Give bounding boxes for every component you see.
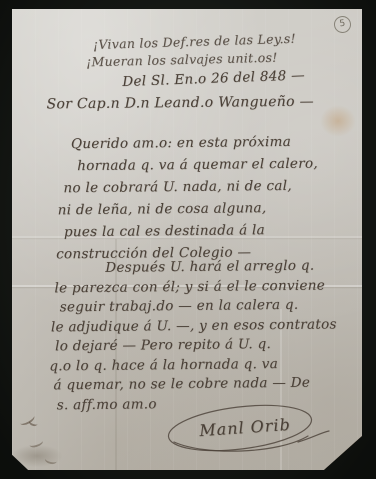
body-paragraph-1: Querido am.o: en esta próxima hornada q.… — [11, 133, 356, 269]
body-line: Después U. hará el arreglo q. — [105, 257, 356, 279]
scan-background: 5 ¡Vivan los Def.res de las Ley.s! ¡Muer… — [0, 0, 376, 479]
body-line: Querido am.o: en esta próxima — [71, 133, 355, 158]
body-line: no le cobrará U. nada, ni de cal, — [63, 177, 355, 202]
motto-line-1: ¡Vivan los Def.res de las Ley.s! — [93, 31, 296, 52]
motto-line-2: ¡Mueran los salvajes unit.os! — [86, 50, 278, 70]
letter-page: 5 ¡Vivan los Def.res de las Ley.s! ¡Muer… — [12, 9, 362, 470]
salutation-line: Sor Cap.n D.n Leand.o Wangueño — — [46, 94, 313, 113]
dateline: Del Sl. En.o 26 del 848 — — [122, 67, 305, 90]
signature-block: Manl Orib — [160, 396, 330, 460]
body-line: ni de leña, ni de cosa alguna, — [58, 199, 356, 224]
body-line: hornada q. va á quemar el calero, — [77, 155, 355, 180]
body-line: pues la cal es destinada á la — [64, 221, 356, 246]
body-paragraph-2: Después U. hará el arreglo q. le parezca… — [12, 257, 358, 417]
